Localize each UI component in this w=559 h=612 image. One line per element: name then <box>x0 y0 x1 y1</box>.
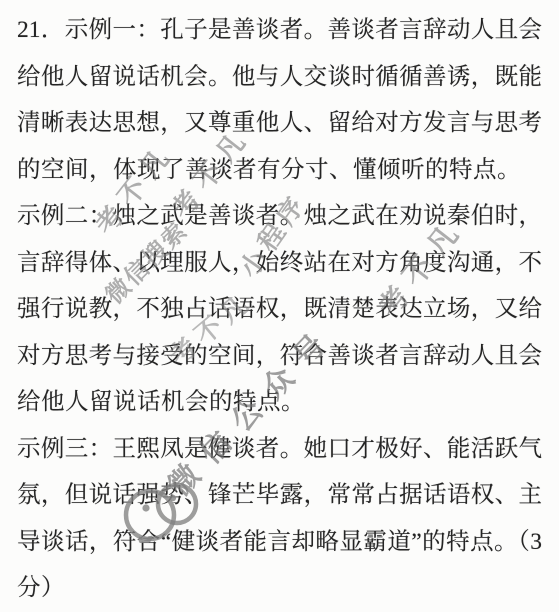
answer-text-block: 21．示例一：孔子是善谈者。善谈者言辞动人且会 给他人留说话机会。他与人交谈时循… <box>17 0 542 612</box>
text-line: 言辞得体、以理服人，始终站在对方角度沟通，不 <box>17 240 542 287</box>
text-line: 示例三：王熙凤是健谈者。她口才极好、能活跃气 <box>17 426 542 473</box>
scanned-answer-page: 考不凡 考不凡 微信搜索 考不凡 小程序 考不凡 微信公众号 21．示例一：孔子… <box>0 0 559 612</box>
text-line: 导谈话，符合“健谈者能言却略显霸道”的特点。（3 <box>17 519 542 566</box>
text-line: 强行说教，不独占话语权，既清楚表达立场，又给 <box>17 286 542 333</box>
text-line: 给他人留说话机会的特点。 <box>17 379 542 426</box>
text-line: 清晰表达思想，又尊重他人、留给对方发言与思考 <box>17 100 542 147</box>
text-line: 21．示例一：孔子是善谈者。善谈者言辞动人且会 <box>17 7 542 54</box>
text-line: 氛，但说话强势、锋芒毕露，常常占据话语权、主 <box>17 472 542 519</box>
text-line: 示例二：烛之武是善谈者。烛之武在劝说秦伯时， <box>17 193 542 240</box>
text-line: 对方思考与接受的空间，符合善谈者言辞动人且会 <box>17 333 542 380</box>
text-line: 分） <box>17 565 542 612</box>
text-line: 给他人留说话机会。他与人交谈时循循善诱，既能 <box>17 54 542 101</box>
text-line: 的空间，体现了善谈者有分寸、懂倾听的特点。 <box>17 147 542 194</box>
